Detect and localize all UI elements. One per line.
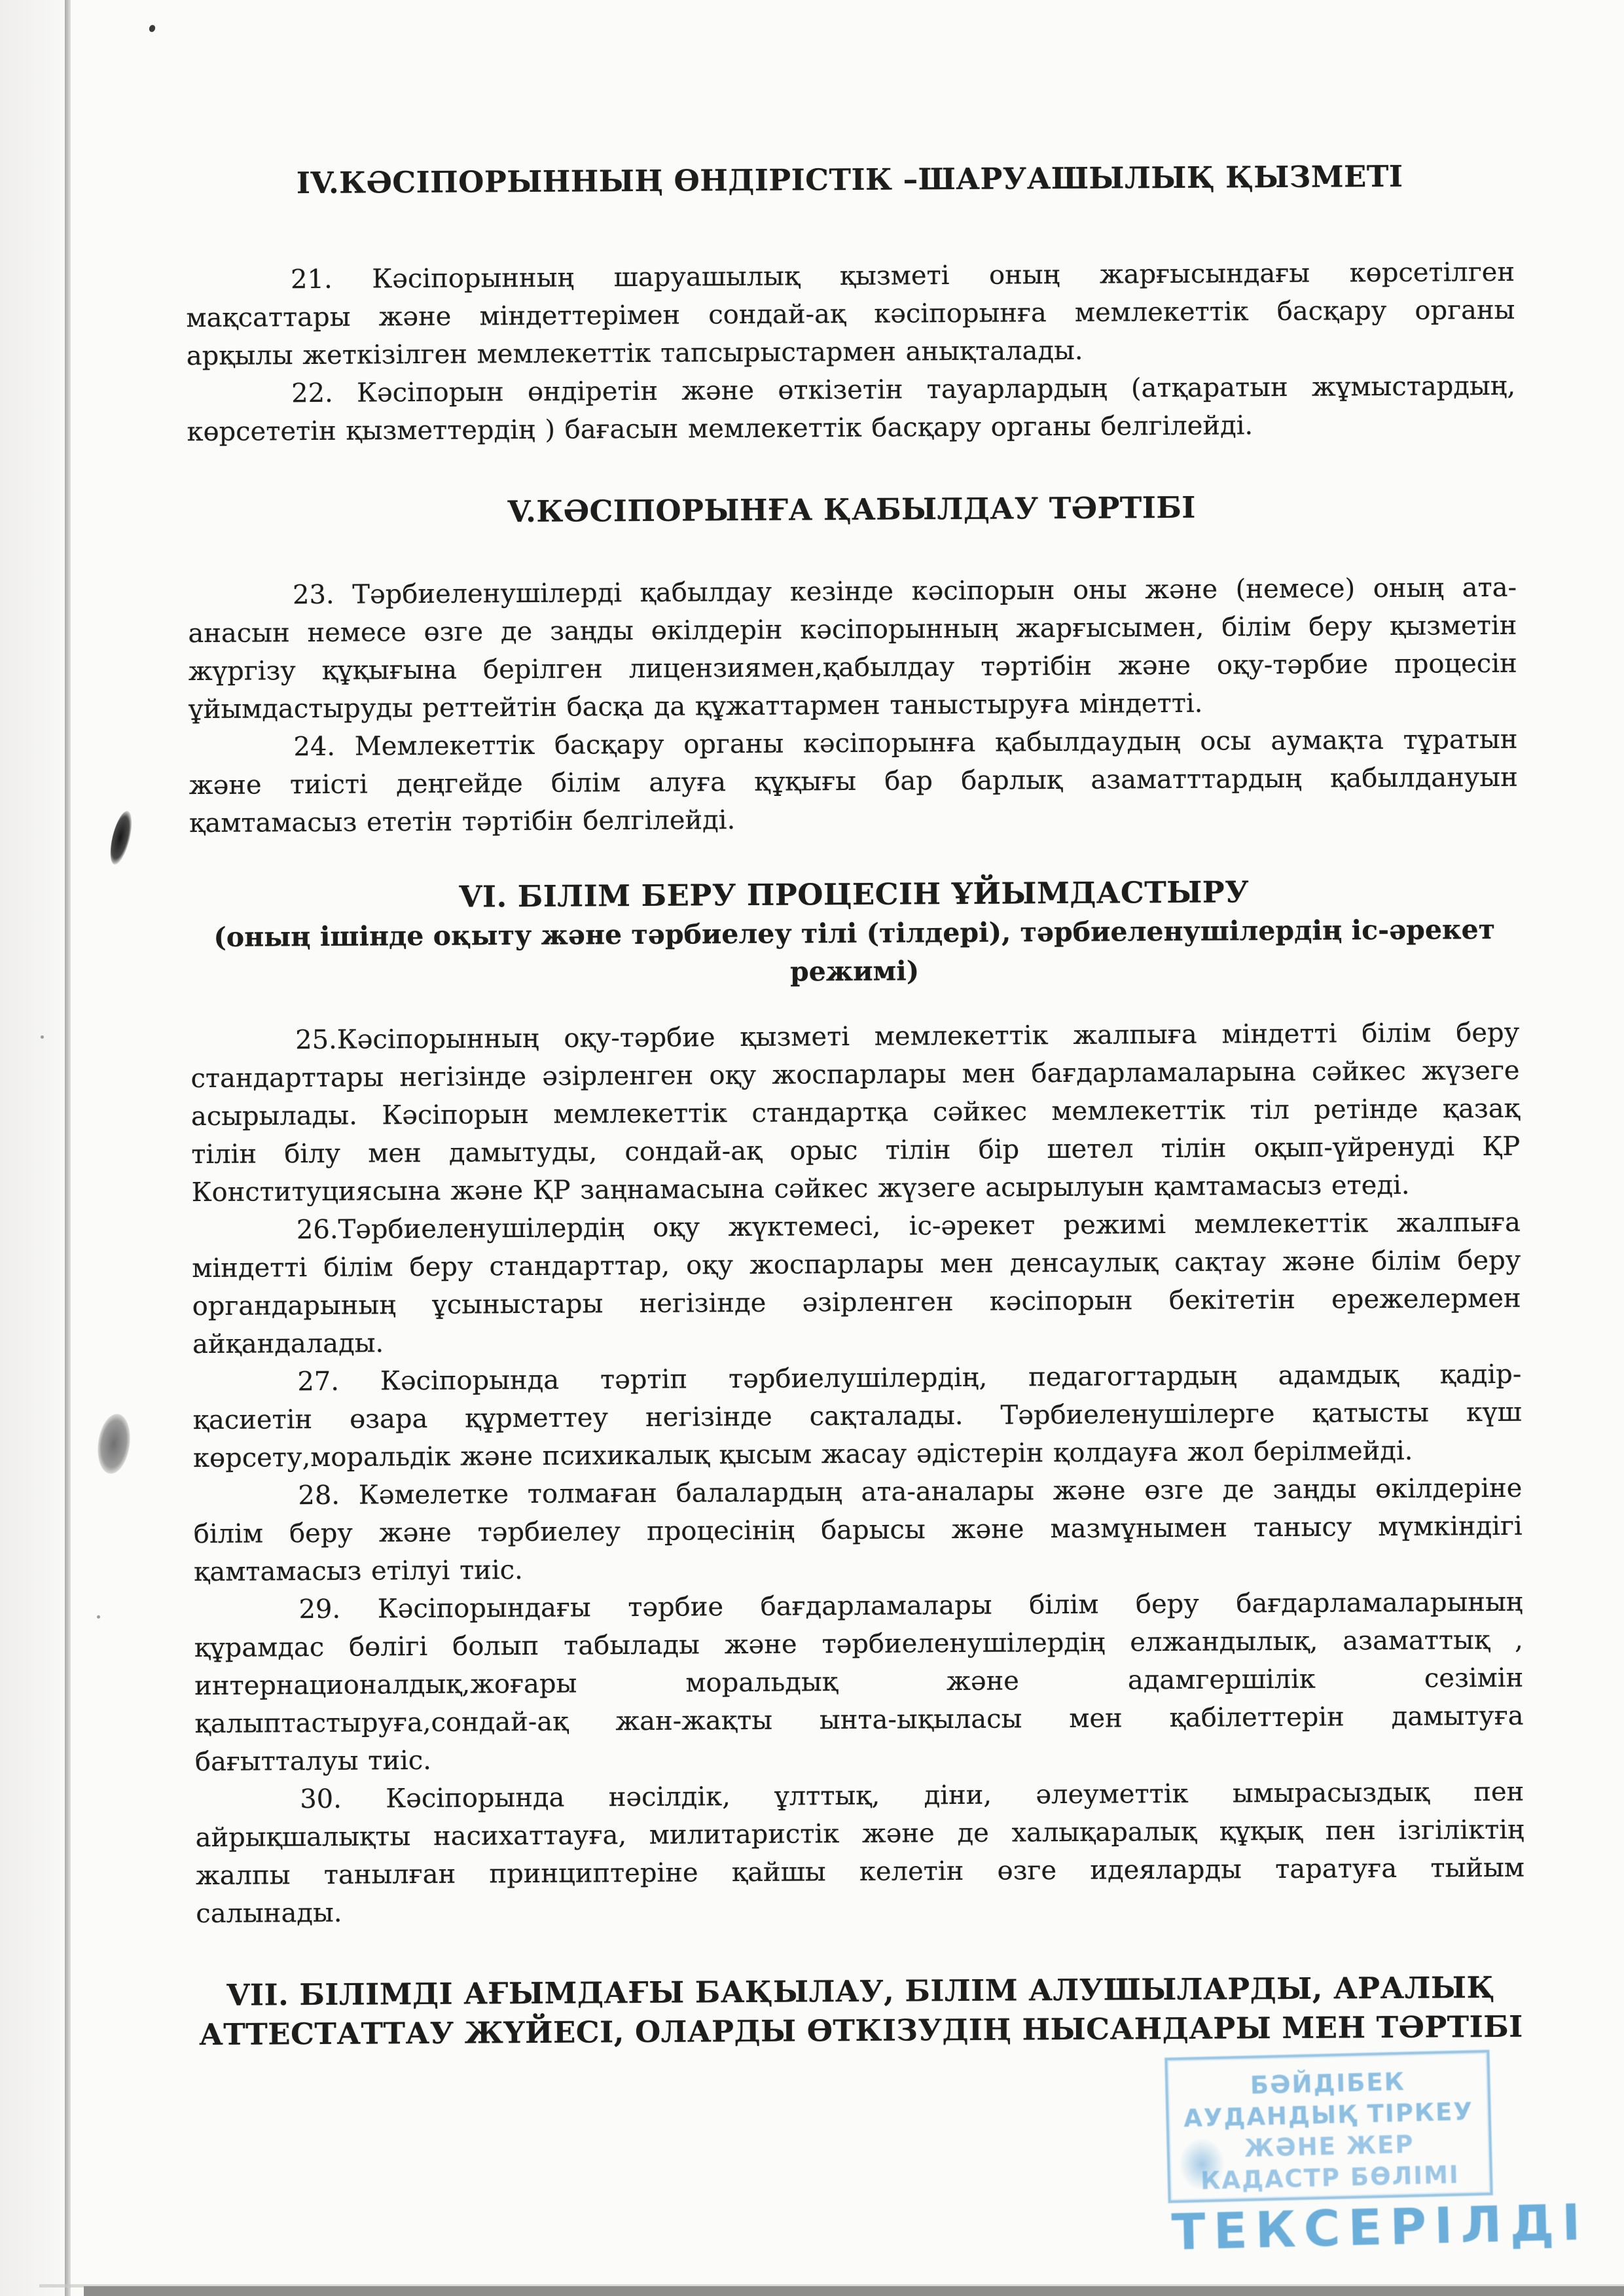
scan-speck [97, 1615, 100, 1619]
text-line: салынады. [196, 1887, 1525, 1933]
text-line: режимі) [190, 948, 1519, 994]
text-line: АТТЕСТАТТАУ ЖҮЙЕСІ, ОЛАРДЫ ӨТКІЗУДІҢ НЫС… [196, 2007, 1525, 2054]
text-line: қалыптастыруға,сондай-ақ жан-жақты ынта-… [194, 1697, 1523, 1743]
section-6-subtitle: (оның ішінде оқыту және тәрбиелеу тілі (… [190, 910, 1519, 994]
page-fold-line [65, 0, 71, 2296]
stamp-verified-text: ТЕКСЕРІЛДІ [1171, 2195, 1492, 2262]
scanned-document-page: IV.КӘСІПОРЫННЫҢ ӨНДІРІСТІК –ШАРУАШЫЛЫҚ Қ… [0, 0, 1624, 2296]
text-line: 22. Кәсіпорын өндіретін және өткізетін т… [187, 367, 1515, 413]
text-line: органдарының ұсыныстары негізінде әзірле… [192, 1280, 1521, 1325]
paragraph-21: 21. Кәсіпорынның шаруашылық қызметі оның… [186, 253, 1515, 375]
verification-stamp: БӘЙДІБЕК АУДАНДЫҚ ТІРКЕУ ЖӘНЕ ЖЕР КАДАСТ… [1164, 2050, 1492, 2203]
document-body: IV.КӘСІПОРЫННЫҢ ӨНДІРІСТІК –ШАРУАШЫЛЫҚ Қ… [185, 156, 1526, 2054]
paragraph-27: 27. Кәсіпорында тәртіп тәрбиелушілердің,… [192, 1355, 1522, 1477]
paragraph-22: 22. Кәсіпорын өндіретін және өткізетін т… [187, 367, 1516, 451]
section-7-heading: VII. БІЛІМДІ АҒЫМДАҒЫ БАҚЫЛАУ, БІЛІМ АЛУ… [196, 1968, 1526, 2054]
paragraph-25: 25.Кәсіпорынның оқу-тәрбие қызметі мемле… [190, 1014, 1521, 1211]
paragraph-30: 30. Кәсіпорында нәсілдік, ұлттық, діни, … [195, 1773, 1525, 1933]
section-4-heading: IV.КӘСІПОРЫННЫҢ ӨНДІРІСТІК –ШАРУАШЫЛЫҚ Қ… [185, 156, 1514, 204]
scan-left-shade [0, 0, 65, 2296]
paragraph-23: 23. Тәрбиеленушілерді қабылдау кезінде к… [188, 569, 1517, 728]
text-line: (оның ішінде оқыту және тәрбиелеу тілі (… [190, 910, 1519, 956]
section-5-heading: V.КӘСІПОРЫНҒА ҚАБЫЛДАУ ТӘРТІБІ [187, 486, 1516, 533]
scanner-edge-bottom [84, 2286, 1624, 2296]
text-line: қамтамасыз ететін тәртібін белгілейді. [189, 797, 1518, 842]
paragraph-28: 28. Кәмелетке толмаған балалардың ата-ан… [193, 1469, 1523, 1591]
paragraph-26: 26.Тәрбиеленушілердің оқу жүктемесі, іс-… [192, 1204, 1521, 1363]
binding-smudge-top [106, 809, 136, 867]
ink-dot [148, 24, 156, 33]
scan-speck [41, 1035, 44, 1039]
text-line: жалпы танылған принциптеріне қайшы келет… [196, 1849, 1525, 1895]
text-line: білім беру және тәрбиелеу процесінің бар… [194, 1507, 1523, 1553]
binding-smudge-bottom [94, 1412, 134, 1476]
stamp-ink-blob [1178, 2138, 1225, 2191]
text-line: жүргізу құқығына берілген лицензиямен,қа… [189, 645, 1517, 691]
text-line: көрсететін қызметтердің ) бағасын мемлек… [187, 405, 1515, 451]
stamp-office-line1: БӘЙДІБЕК АУДАНДЫҚ ТІРКЕУ [1168, 2064, 1489, 2135]
paragraph-24: 24. Мемлекеттік басқару органы кәсіпорын… [189, 721, 1518, 842]
paragraph-29: 29. Кәсіпорындағы тәрбие бағдарламалары … [194, 1583, 1524, 1781]
text-line: мақсаттары және міндеттерімен сондай-ақ … [186, 291, 1515, 337]
text-line: және тиісті деңгейде білім алуға құқығы … [189, 759, 1518, 804]
